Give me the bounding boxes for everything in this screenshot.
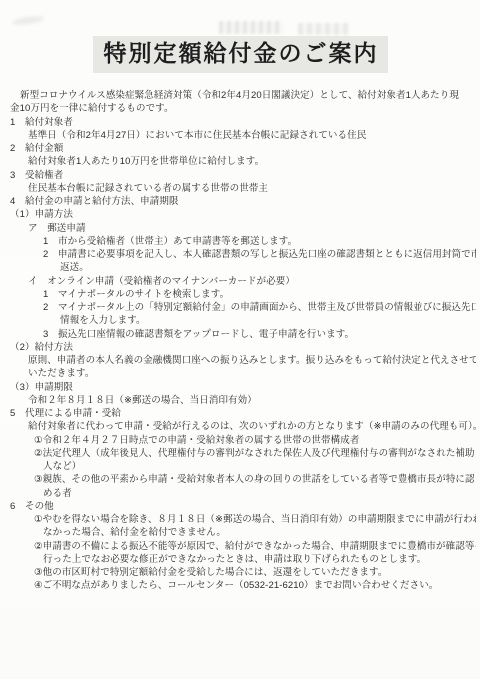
doc-line: 基準日（令和2年4月27日）において本市に住民基本台帳に記録されている住民 bbox=[10, 129, 476, 142]
doc-line: （1）申請方法 bbox=[10, 208, 476, 221]
doc-line: 2 申請書に必要事項を記入し、本人確認書類の写しと振込先口座の確認書類とともに返… bbox=[10, 248, 476, 261]
doc-line: 金10万円を一律に給付するものです。 bbox=[10, 102, 476, 115]
doc-line: 3 受給権者 bbox=[10, 169, 476, 182]
doc-line: 返送。 bbox=[10, 261, 476, 274]
doc-line: 1 マイナポータルのサイトを検索します。 bbox=[10, 288, 476, 301]
doc-line: 新型コロナウイルス感染症緊急経済対策（令和2年4月20日閣議決定）として、給付対… bbox=[10, 89, 476, 102]
ink-bleed-through bbox=[219, 21, 283, 34]
doc-line: ③他の市区町村で特別定額給付金を受給した場合には、返還をしていただきます。 bbox=[10, 566, 476, 579]
document-body: 新型コロナウイルス感染症緊急経済対策（令和2年4月20日閣議決定）として、給付対… bbox=[10, 89, 476, 593]
title-row: 特別定額給付金のご案内 bbox=[0, 36, 480, 73]
doc-line: 5 代理による申請・受給 bbox=[10, 407, 476, 420]
doc-line: ③親族、その他の平素から申請・受給対象者本人の身の回りの世話をしている者等で豊橋… bbox=[10, 473, 476, 486]
doc-line: 令和２年８月１８日（※郵送の場合、当日消印有効） bbox=[10, 394, 476, 407]
doc-line: イ オンライン申請（受給権者のマイナンバーカードが必要） bbox=[10, 275, 476, 288]
doc-line: 4 給付金の申請と給付方法、申請期限 bbox=[10, 195, 476, 208]
doc-line: ①令和２年４月２７日時点での申請・受給対象者の属する世帯の世帯構成者 bbox=[10, 434, 476, 447]
doc-line: 1 給付対象者 bbox=[10, 116, 476, 129]
doc-line: ④ご不明な点がありましたら、コールセンター（0532-21-6210）までお問い… bbox=[10, 579, 476, 592]
doc-line: （2）給付方法 bbox=[10, 341, 476, 354]
scanned-page: 特別定額給付金のご案内 新型コロナウイルス感染症緊急経済対策（令和2年4月20日… bbox=[0, 0, 480, 679]
doc-line: 給付対象者1人あたり10万円を世帯単位に給付します。 bbox=[10, 155, 476, 168]
doc-line: ①やむを得ない場合を除き、８月１８日（※郵送の場合、当日消印有効）の申請期限まで… bbox=[10, 513, 476, 526]
doc-line: 2 給付金額 bbox=[10, 142, 476, 155]
doc-line: 給付対象者に代わって申請・受給が行えるのは、次のいずれかの方となります（※申請の… bbox=[10, 420, 476, 433]
doc-line: 人など） bbox=[10, 460, 476, 473]
doc-line: ②申請書の不備による振込不能等が原因で、給付ができなかった場合、申請期限までに豊… bbox=[10, 540, 476, 553]
doc-line: ア 郵送申請 bbox=[10, 222, 476, 235]
doc-line: いただきます。 bbox=[10, 367, 476, 380]
doc-line: 6 その他 bbox=[10, 500, 476, 513]
doc-line: 住民基本台帳に記録されている者の属する世帯の世帯主 bbox=[10, 182, 476, 195]
doc-line: なかった場合、給付金を給付できません。 bbox=[10, 526, 476, 539]
doc-line: 2 マイナポータル上の「特別定額給付金」の申請画面から、世帯主及び世帯員の情報並… bbox=[10, 301, 476, 314]
ink-bleed-through bbox=[298, 23, 348, 35]
doc-line: める者 bbox=[10, 487, 476, 500]
doc-line: 原則、申請者の本人名義の金融機関口座への振り込みとします。振り込みをもって給付決… bbox=[10, 354, 476, 367]
doc-line: 行った上でなお必要な修正ができなかったときは、申請は取り下げられたものとします。 bbox=[10, 553, 476, 566]
doc-line: （3）申請期限 bbox=[10, 381, 476, 394]
doc-line: 3 振込先口座情報の確認書類をアップロードし、電子申請を行います。 bbox=[10, 328, 476, 341]
doc-line: 1 市から受給権者（世帯主）あて申請書等を郵送します。 bbox=[10, 235, 476, 248]
scan-smudge bbox=[12, 15, 45, 26]
document-title: 特別定額給付金のご案内 bbox=[93, 36, 388, 73]
doc-line: 情報を入力します。 bbox=[10, 314, 476, 327]
doc-line: ②法定代理人（成年後見人、代理権付与の審判がなされた保佐人及び代理権付与の審判が… bbox=[10, 447, 476, 460]
